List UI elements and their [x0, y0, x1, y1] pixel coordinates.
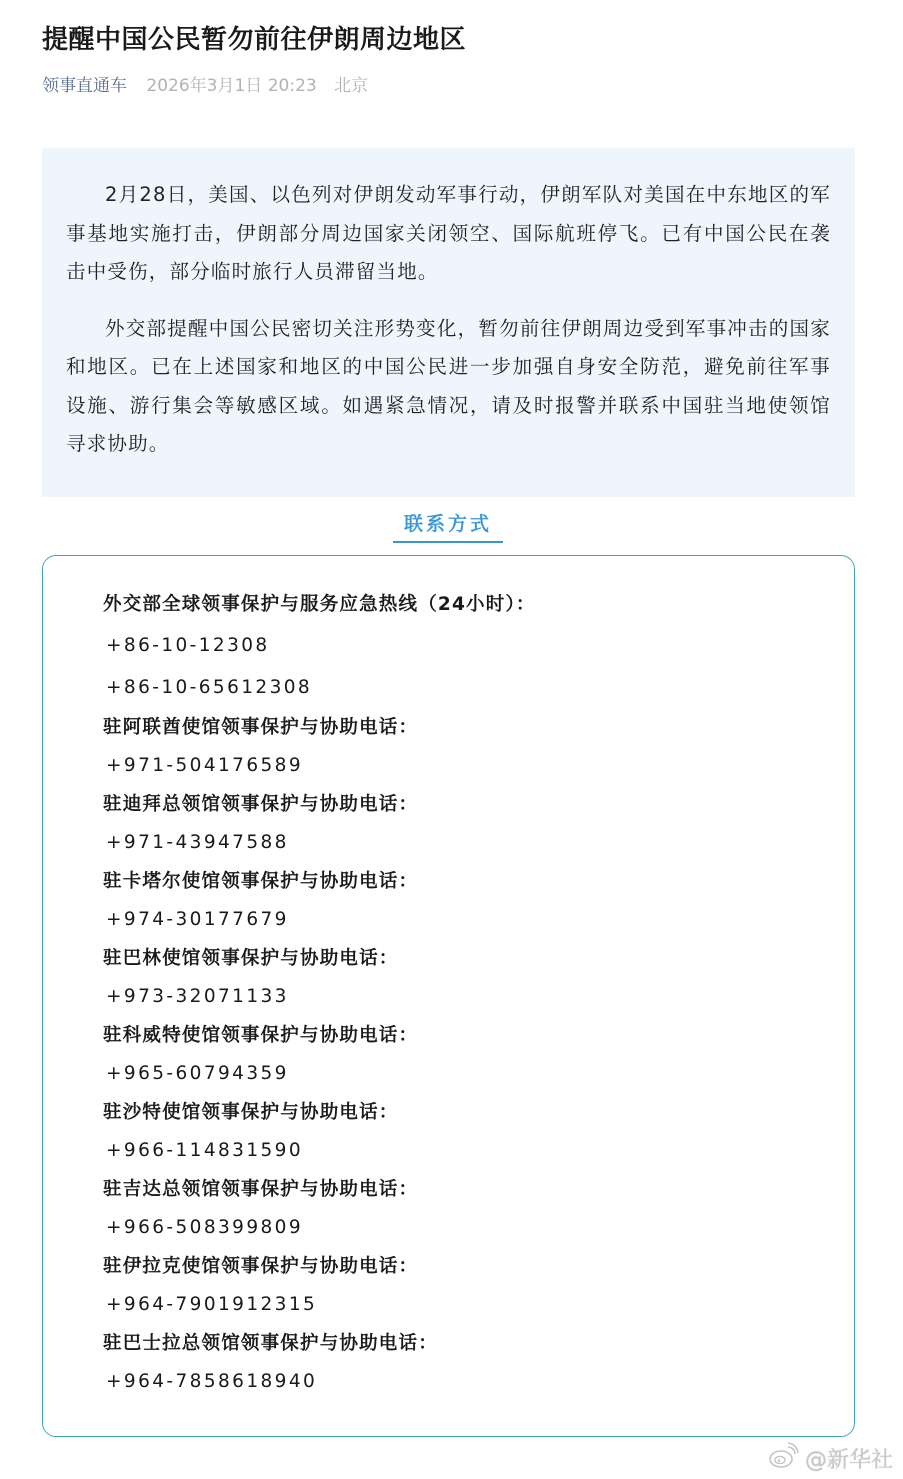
- phone-number[interactable]: +971-504176589: [103, 747, 536, 786]
- account-name-link[interactable]: 领事直通车: [42, 76, 127, 96]
- contact-label: 外交部全球领事保护与服务应急热线（24小时）：: [103, 586, 536, 625]
- contact-label: 驻吉达总领馆领事保护与协助电话：: [103, 1171, 536, 1210]
- watermark: @新华社: [769, 1441, 893, 1475]
- section-heading-label: 联系方式: [393, 510, 503, 538]
- contact-group: 外交部全球领事保护与服务应急热线（24小时）： +86-10-12308 +86…: [103, 586, 536, 709]
- contact-list: 外交部全球领事保护与服务应急热线（24小时）： +86-10-12308 +86…: [103, 586, 536, 1402]
- contact-group: 驻巴士拉总领馆领事保护与协助电话： +964-7858618940: [103, 1325, 536, 1402]
- contact-group: 驻阿联酋使馆领事保护与协助电话： +971-504176589: [103, 709, 536, 786]
- contact-label: 驻阿联酋使馆领事保护与协助电话：: [103, 709, 536, 748]
- notice-panel: 2月28日，美国、以色列对伊朗发动军事行动，伊朗军队对美国在中东地区的军事基地实…: [42, 148, 855, 497]
- contact-group: 驻卡塔尔使馆领事保护与协助电话： +974-30177679: [103, 863, 536, 940]
- contact-group: 驻科威特使馆领事保护与协助电话： +965-60794359: [103, 1017, 536, 1094]
- contact-label: 驻科威特使馆领事保护与协助电话：: [103, 1017, 536, 1056]
- contact-label: 驻巴林使馆领事保护与协助电话：: [103, 940, 536, 979]
- section-heading-underline: [393, 541, 503, 543]
- publish-time: 2026年3月1日 20:23: [146, 76, 316, 96]
- contacts-section-heading: 联系方式: [393, 510, 503, 543]
- weibo-icon: [769, 1441, 799, 1475]
- phone-number[interactable]: +86-10-12308: [103, 625, 536, 667]
- contact-label: 驻伊拉克使馆领事保护与协助电话：: [103, 1248, 536, 1287]
- contacts-box: 外交部全球领事保护与服务应急热线（24小时）： +86-10-12308 +86…: [42, 555, 855, 1437]
- publish-location: 北京: [334, 76, 368, 96]
- phone-number[interactable]: +966-114831590: [103, 1132, 536, 1171]
- contact-label: 驻迪拜总领馆领事保护与协助电话：: [103, 786, 536, 825]
- article-title: 提醒中国公民暂勿前往伊朗周边地区: [42, 20, 466, 60]
- phone-number[interactable]: +86-10-65612308: [103, 667, 536, 709]
- contact-group: 驻吉达总领馆领事保护与协助电话： +966-508399809: [103, 1171, 536, 1248]
- phone-number[interactable]: +974-30177679: [103, 901, 536, 940]
- phone-number[interactable]: +965-60794359: [103, 1055, 536, 1094]
- contact-label: 驻巴士拉总领馆领事保护与协助电话：: [103, 1325, 536, 1364]
- notice-paragraph: 外交部提醒中国公民密切关注形势变化，暂勿前往伊朗周边受到军事冲击的国家和地区。已…: [66, 310, 831, 464]
- phone-number[interactable]: +964-7858618940: [103, 1363, 536, 1402]
- phone-number[interactable]: +966-508399809: [103, 1209, 536, 1248]
- contact-group: 驻巴林使馆领事保护与协助电话： +973-32071133: [103, 940, 536, 1017]
- contact-label: 驻卡塔尔使馆领事保护与协助电话：: [103, 863, 536, 902]
- phone-number[interactable]: +964-7901912315: [103, 1286, 536, 1325]
- contact-label: 驻沙特使馆领事保护与协助电话：: [103, 1094, 536, 1133]
- notice-paragraph: 2月28日，美国、以色列对伊朗发动军事行动，伊朗军队对美国在中东地区的军事基地实…: [66, 176, 831, 292]
- phone-number[interactable]: +973-32071133: [103, 978, 536, 1017]
- phone-number[interactable]: +971-43947588: [103, 824, 536, 863]
- contact-group: 驻迪拜总领馆领事保护与协助电话： +971-43947588: [103, 786, 536, 863]
- watermark-text: @新华社: [805, 1443, 893, 1474]
- article-meta: 领事直通车 2026年3月1日 20:23 北京: [42, 72, 368, 100]
- contact-group: 驻伊拉克使馆领事保护与协助电话： +964-7901912315: [103, 1248, 536, 1325]
- contact-group: 驻沙特使馆领事保护与协助电话： +966-114831590: [103, 1094, 536, 1171]
